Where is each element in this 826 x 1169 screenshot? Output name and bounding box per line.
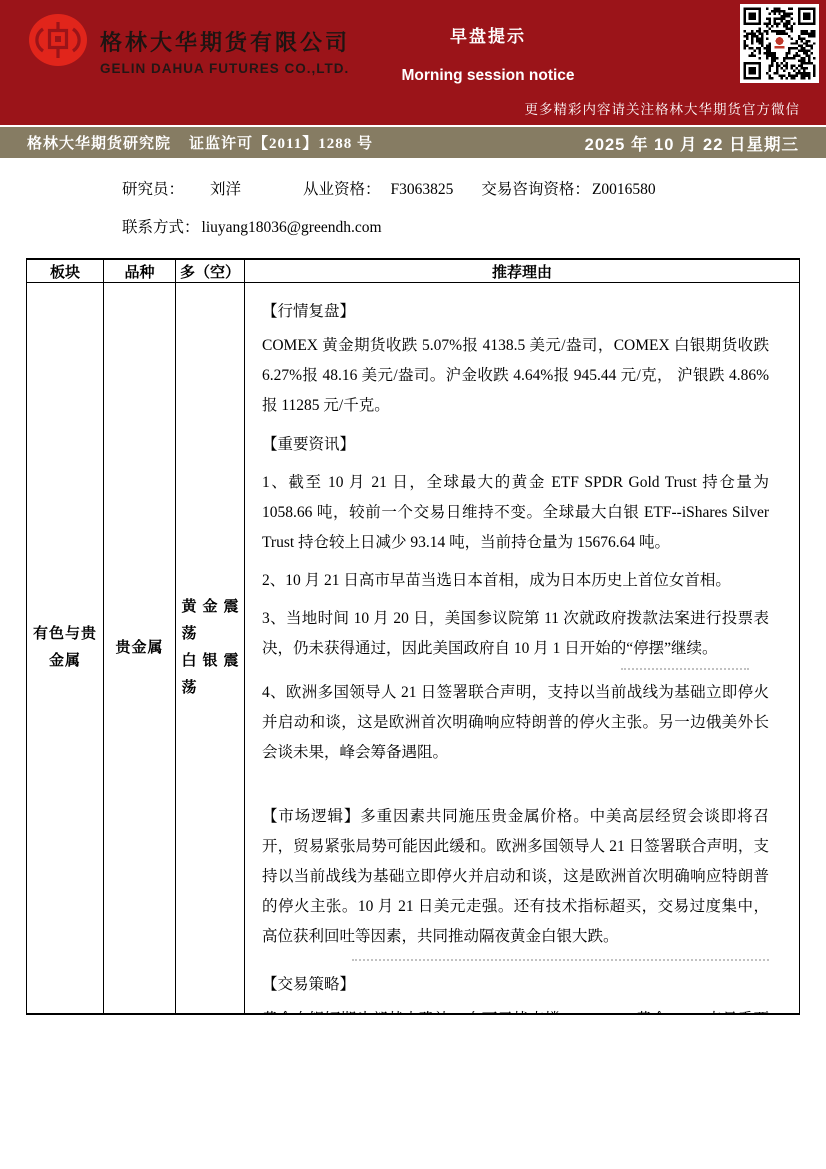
contact-label: 联系方式： [122,216,200,240]
position-silver: 白银震荡 [182,648,239,702]
company-name-cn: 格林大华期货有限公司 [100,26,350,57]
sector-value: 有色与贵金属 [32,621,98,675]
notice-title-cn: 早盘提示 [378,22,598,47]
advisory-label: 交易咨询资格： [481,178,590,202]
col-header-variety: 品种 [104,260,176,283]
section-strategy-title: 【交易策略】 [262,970,769,1000]
news-item-1: 1、截至 10 月 21 日，全球最大的黄金 ETF SPDR Gold Tru… [262,468,769,558]
qualification-number: F3063825 [391,178,454,202]
researcher-line-2: 联系方式： liuyang18036@greendh.com [122,216,826,240]
news-item-2: 2、10 月 21 日高市早苗当选日本首相，成为日本历史上首位女首相。 [262,566,769,596]
company-name-en: GELIN DAHUA FUTURES CO.,LTD. [100,61,350,76]
researcher-label: 研究员： [122,178,184,202]
dotted-separator [352,957,769,961]
section-review-body: COMEX 黄金期货收跌 5.07%报 4138.5 美元/盎司，COMEX 白… [262,331,769,421]
wechat-qr-code [740,4,819,83]
dotted-separator [621,666,749,670]
section-logic-title: 【市场逻辑】 [262,808,360,825]
table-row: 有色与贵金属 贵金属 黄金震荡 白银震荡 【行情复盘】 COMEX 黄金期货收跌… [27,283,799,1013]
news-item-4: 4、欧洲多国领导人 21 日签署联合声明，支持以当前战线为基础立即停火并启动和谈… [262,678,769,768]
recommendation-table: 板块 品种 多（空） 推荐理由 有色与贵金属 贵金属 黄金震荡 白银震荡 【行情… [26,258,800,1015]
researcher-name: 刘洋 [210,178,241,202]
position-gold: 黄金震荡 [182,594,239,648]
advisory-number: Z0016580 [592,178,656,202]
company-name-block: 格林大华期货有限公司 GELIN DAHUA FUTURES CO.,LTD. [100,26,350,76]
section-review-title: 【行情复盘】 [262,297,769,327]
institute-name: 格林大华期货研究院 [27,136,171,152]
section-logic-body: 多重因素共同施压贵金属价格。中美高层经贸会谈即将召开，贸易紧张局势可能因此缓和。… [262,808,769,945]
cell-position: 黄金震荡 白银震荡 [176,283,245,1013]
cell-sector: 有色与贵金属 [27,283,104,1013]
contact-email: liuyang18036@greendh.com [202,216,382,240]
report-date: 2025 年 10 月 22 日星期三 [585,131,799,155]
masthead: 格林大华期货有限公司 GELIN DAHUA FUTURES CO.,LTD. … [0,0,826,125]
researcher-line-1: 研究员： 刘洋 从业资格： F3063825 交易咨询资格： Z0016580 [122,178,826,202]
section-news-title: 【重要资讯】 [262,430,769,460]
license-date-bar: 格林大华期货研究院证监许可【2011】1288 号 2025 年 10 月 22… [0,127,826,158]
section-logic: 【市场逻辑】多重因素共同施压贵金属价格。中美高层经贸会谈即将召开，贸易紧张局势可… [262,802,769,952]
section-strategy-body: 黄金白银短期头部基本确认，向下寻找支撑，COMEX 黄金 4000 点是重要支撑… [262,1005,769,1013]
qualification-label: 从业资格： [303,178,381,202]
col-header-position: 多（空） [176,260,245,283]
col-header-sector: 板块 [27,260,104,283]
variety-value: 贵金属 [115,635,163,662]
license-number: 证监许可【2011】1288 号 [189,136,373,152]
cell-variety: 贵金属 [104,283,176,1013]
notice-title-en: Morning session notice [378,67,598,85]
news-item-3: 3、当地时间 10 月 20 日，美国参议院第 11 次就政府拨款法案进行投票表… [262,604,769,664]
institute-license: 格林大华期货研究院证监许可【2011】1288 号 [27,132,373,153]
researcher-info: 研究员： 刘洋 从业资格： F3063825 交易咨询资格： Z0016580 … [122,178,826,240]
company-logo-icon [28,12,88,68]
cell-reason: 【行情复盘】 COMEX 黄金期货收跌 5.07%报 4138.5 美元/盎司，… [245,283,799,1013]
table-header-row: 板块 品种 多（空） 推荐理由 [27,260,799,283]
col-header-reason: 推荐理由 [245,260,799,283]
wechat-follow-tip: 更多精彩内容请关注格林大华期货官方微信 [525,98,801,118]
notice-title-block: 早盘提示 Morning session notice [378,22,598,85]
